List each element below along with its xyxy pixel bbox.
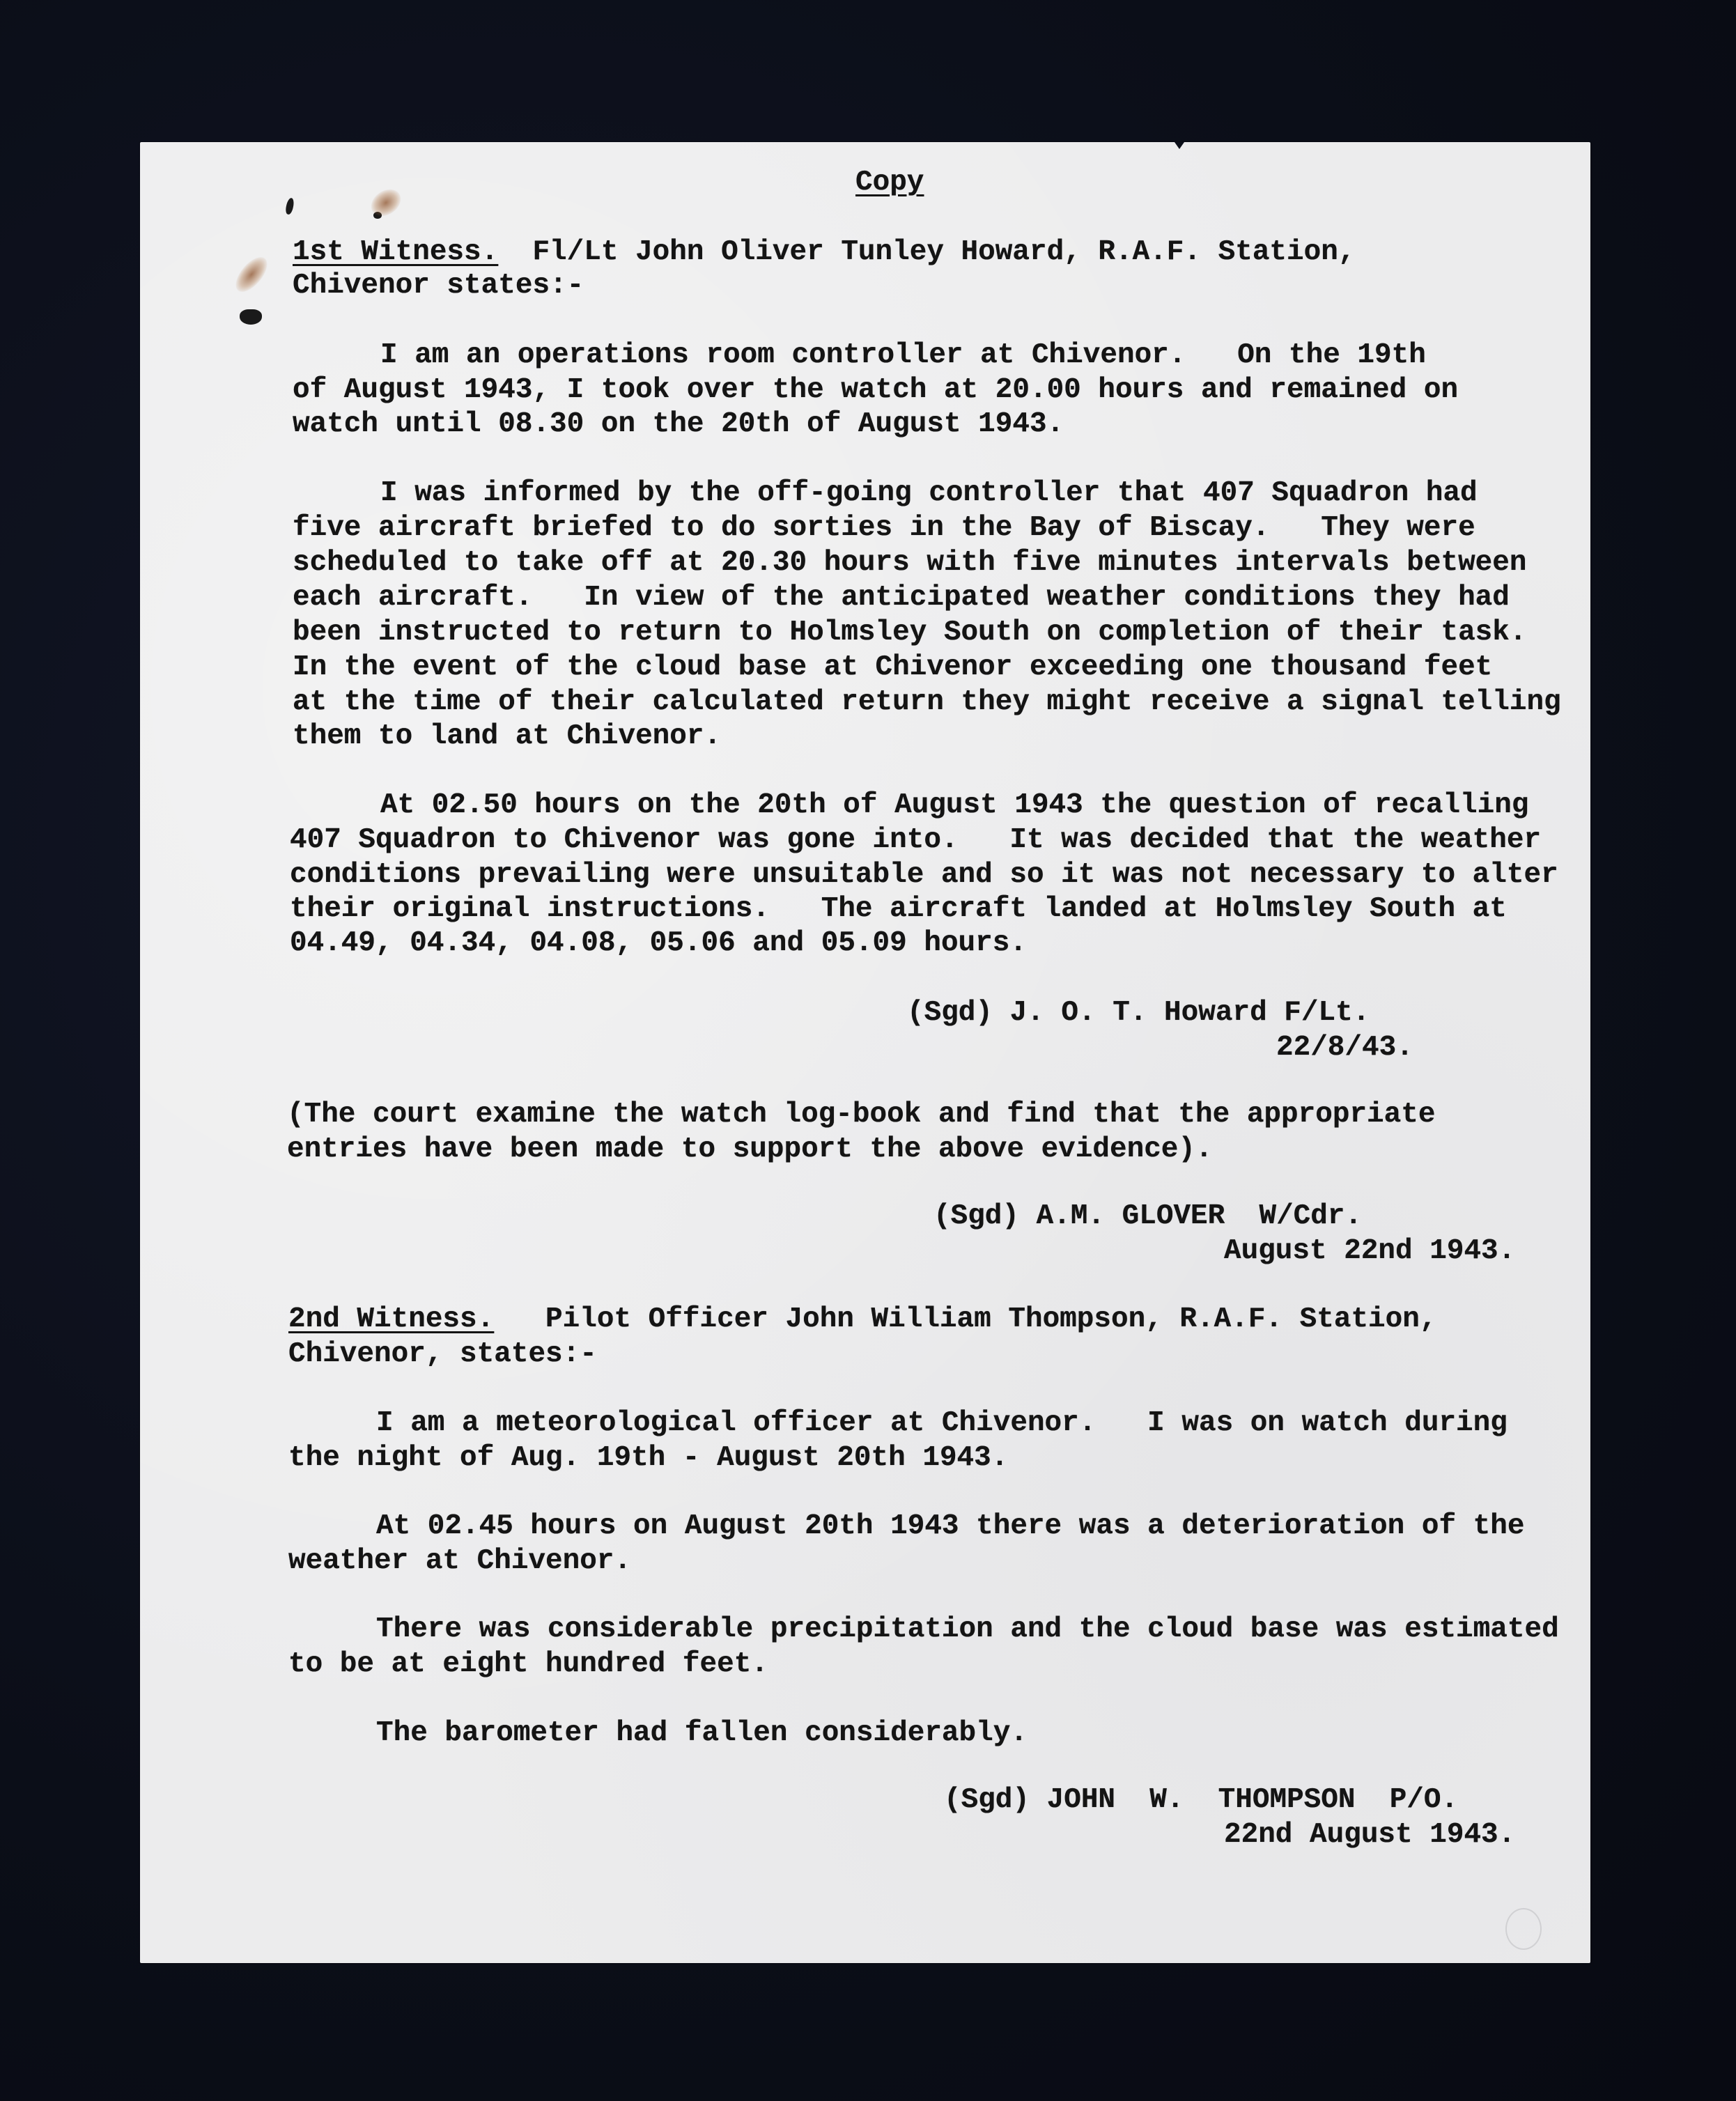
faint-watermark (1505, 1908, 1542, 1950)
text-line: I am an operations room controller at Ch… (380, 339, 1426, 372)
document-heading: Copy (855, 166, 924, 199)
witness2-intro-line2: Chivenor, states:- (288, 1338, 597, 1371)
witness1-intro-line2: Chivenor states:- (293, 269, 584, 302)
text-line: I am a meteorological officer at Chiveno… (376, 1406, 1508, 1440)
text-line: five aircraft briefed to do sorties in t… (293, 511, 1475, 545)
text-line: 407 Squadron to Chivenor was gone into. … (290, 823, 1541, 857)
punch-hole-mark (285, 197, 295, 215)
text-line: them to land at Chivenor. (293, 720, 721, 753)
witness1-intro-line1-row: 1st Witness. Fl/Lt John Oliver Tunley Ho… (293, 235, 1355, 269)
text-line: each aircraft. In view of the anticipate… (293, 581, 1510, 614)
text-line: entries have been made to support the ab… (287, 1133, 1213, 1166)
witness2-label: 2nd Witness. (288, 1303, 494, 1335)
text-line: the night of Aug. 19th - August 20th 194… (288, 1441, 1008, 1475)
text-line: weather at Chivenor. (288, 1544, 631, 1578)
text-line: I was informed by the off-going controll… (380, 476, 1478, 510)
text-line: been instructed to return to Holmsley So… (293, 616, 1527, 649)
text-line: At 02.45 hours on August 20th 1943 there… (376, 1510, 1524, 1543)
rust-stain (366, 184, 405, 222)
text-line: There was considerable precipitation and… (376, 1613, 1559, 1646)
text-line: 04.49, 04.34, 04.08, 05.06 and 05.09 hou… (290, 927, 1027, 960)
witness2-signature: (Sgd) JOHN W. THOMPSON P/O. (944, 1783, 1458, 1817)
paper-notch (1175, 142, 1184, 149)
text-line: of August 1943, I took over the watch at… (293, 373, 1458, 407)
text-line: The barometer had fallen considerably. (376, 1716, 1028, 1750)
court-signature: (Sgd) A.M. GLOVER W/Cdr. (933, 1200, 1362, 1233)
witness1-signature: (Sgd) J. O. T. Howard F/Lt. (907, 996, 1370, 1030)
court-signature-date: August 22nd 1943. (1224, 1234, 1515, 1268)
text-line: watch until 08.30 on the 20th of August … (293, 408, 1064, 441)
text-line: at the time of their calculated return t… (293, 685, 1561, 719)
text-line: In the event of the cloud base at Chiven… (293, 651, 1492, 684)
witness1-label: 1st Witness. (293, 236, 498, 268)
text-line: scheduled to take off at 20.30 hours wit… (293, 546, 1527, 580)
text-line: conditions prevailing were unsuitable an… (290, 858, 1558, 892)
witness2-signature-date: 22nd August 1943. (1224, 1818, 1515, 1852)
witness2-intro-line1-row: 2nd Witness. Pilot Officer John William … (288, 1303, 1436, 1336)
rust-stain (230, 251, 273, 297)
text-line: (The court examine the watch log-book an… (287, 1098, 1435, 1131)
punch-hole-mark (240, 309, 262, 325)
witness1-signature-date: 22/8/43. (1276, 1031, 1413, 1064)
witness2-intro-line1: Pilot Officer John William Thompson, R.A… (494, 1303, 1436, 1335)
text-line: their original instructions. The aircraf… (290, 892, 1507, 926)
text-line: At 02.50 hours on the 20th of August 194… (380, 789, 1528, 822)
witness1-intro-line1: Fl/Lt John Oliver Tunley Howard, R.A.F. … (498, 236, 1355, 268)
text-line: to be at eight hundred feet. (288, 1648, 768, 1681)
